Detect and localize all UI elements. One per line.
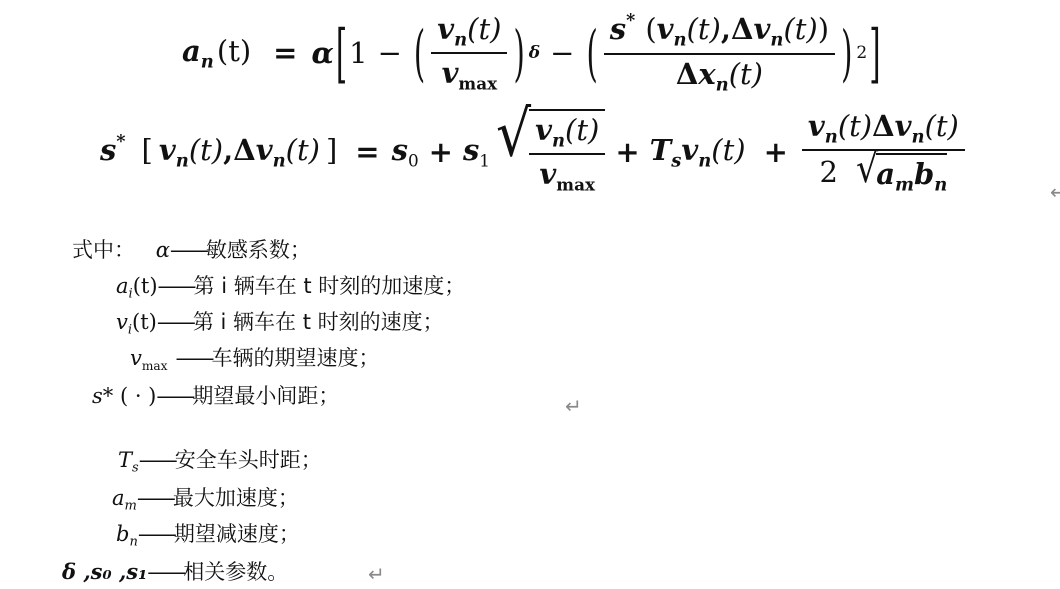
- eq2-plus-2: +: [615, 135, 639, 169]
- legend-description: 期望最小间距；: [192, 384, 339, 408]
- eq2-ts-term: Tsvn(t): [650, 133, 746, 171]
- legend-symbol: s* ( · ): [92, 384, 156, 408]
- eq2-fraction-interaction: vn(t)Δvn(t) 2 √ambn: [802, 109, 965, 196]
- legend-row-acceleration: ai(t)——第 i 辆车在 t 时刻的加速度；: [116, 270, 465, 302]
- legend-description: 车辆的期望速度；: [212, 346, 380, 370]
- eq2-equals: =: [355, 135, 379, 169]
- eq2-s1: s1: [463, 133, 490, 171]
- legend-symbol: bn: [116, 522, 138, 546]
- legend-row-desired-decel: bn——期望减速度；: [116, 518, 300, 550]
- legend-description: 敏感系数；: [206, 238, 311, 262]
- legend-symbol: Ts: [118, 448, 139, 472]
- legend-symbol: vi(t): [116, 310, 157, 334]
- eq1-exponent-delta: δ: [529, 43, 540, 63]
- legend-symbol: ai(t): [116, 274, 158, 298]
- legend-description: 最大加速度；: [173, 486, 299, 510]
- legend-symbol: am: [112, 486, 137, 510]
- paragraph-mark-icon: ↵: [1050, 180, 1060, 204]
- legend-row-speed: vi(t)——第 i 辆车在 t 时刻的速度；: [116, 306, 444, 338]
- legend-row-alpha: 式中： α——敏感系数；: [72, 234, 311, 264]
- eq1-open-bracket: [: [336, 16, 347, 91]
- eq2-plus-3: +: [764, 135, 788, 169]
- eq1-close-bracket: ]: [869, 16, 880, 91]
- eq1-alpha: α: [311, 36, 333, 70]
- eq1-fraction-gap-ratio: s* (vn(t),Δvn(t)) Δxn(t): [604, 11, 835, 95]
- paragraph-mark-icon: ↵: [565, 394, 582, 418]
- eq2-s0: s0: [392, 133, 419, 171]
- legend-row-max-accel: am——最大加速度；: [112, 482, 299, 514]
- eq1-equals: =: [273, 36, 297, 70]
- eq1-paren-open-2: (: [586, 17, 597, 88]
- legend-symbol: vmax: [130, 346, 168, 370]
- equation-desired-gap: s* [vn(t),Δvn(t)] = s0 + s1 √ vn(t) vmax…: [100, 102, 969, 202]
- legend-row-parameters: δ ,s₀ ,s₁——相关参数。: [62, 556, 288, 586]
- eq1-paren-open-1: (: [414, 17, 425, 88]
- eq1-minus-2: −: [550, 36, 574, 70]
- legend-description: 安全车头时距；: [175, 448, 322, 472]
- legend-description: 第 i 辆车在 t 时刻的加速度；: [194, 274, 466, 298]
- eq2-lhs: s* [vn(t),Δvn(t)]: [100, 132, 337, 171]
- legend-symbol: α: [156, 238, 170, 262]
- legend-description: 期望减速度；: [174, 522, 300, 546]
- eq2-sqrt-speed-ratio: √ vn(t) vmax: [496, 109, 605, 195]
- eq1-paren-close-2: ): [841, 17, 852, 88]
- eq1-paren-close-1: ): [513, 17, 524, 88]
- legend-row-time-headway: Ts——安全车头时距；: [118, 444, 322, 476]
- legend-description: 第 i 辆车在 t 时刻的速度；: [193, 310, 444, 334]
- eq1-one: 1: [349, 36, 367, 70]
- eq1-minus-1: −: [378, 36, 402, 70]
- eq2-plus-1: +: [429, 135, 453, 169]
- sqrt-icon: √: [496, 103, 531, 202]
- eq1-exponent-two: 2: [856, 43, 867, 63]
- legend-intro: 式中：: [72, 238, 135, 262]
- sqrt-icon: √: [856, 150, 878, 199]
- legend-description: 相关参数。: [183, 560, 288, 584]
- legend-row-desired-gap: s* ( · )——期望最小间距；: [92, 380, 339, 410]
- legend-symbol: δ ,s₀ ,s₁: [62, 559, 147, 584]
- eq1-fraction-speed-ratio: vn(t) vmax: [431, 12, 507, 94]
- eq1-lhs: an(t): [182, 34, 251, 72]
- equation-acceleration: an(t) = α [ 1 − ( vn(t) vmax ) δ − ( s* …: [182, 10, 883, 96]
- legend-row-vmax: vmax——车辆的期望速度；: [130, 342, 380, 373]
- paragraph-mark-icon: ↵: [368, 562, 385, 586]
